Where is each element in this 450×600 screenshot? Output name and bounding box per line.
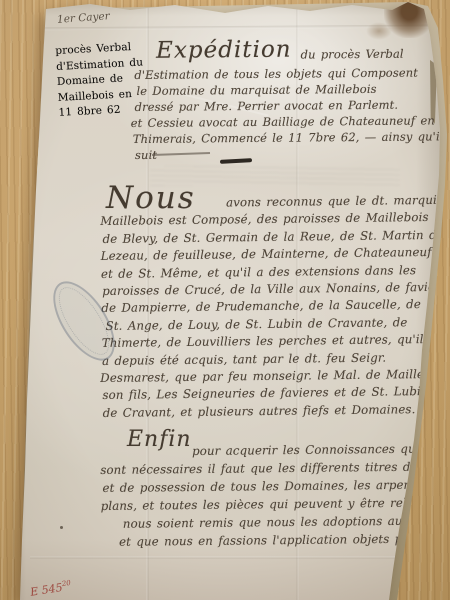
heading-big-word: Expédition <box>156 37 292 64</box>
cote-number: E 545 <box>29 581 63 599</box>
paragraph-1: avons reconnus que le dt. marquisat de M… <box>100 192 437 422</box>
torn-edge-fragment <box>0 32 24 66</box>
corner-note: 1er Cayer <box>57 10 110 26</box>
ink-dash <box>220 158 252 163</box>
photo-of-manuscript: 1er Cayer procès Verbal d'Estimation du … <box>0 0 450 600</box>
torn-edge-fragment <box>0 66 30 120</box>
heading-line: d'Estimation de tous les objets qui Comp… <box>134 64 436 83</box>
body-line: et que nous en fassions l'application ob… <box>119 529 435 550</box>
document-heading: Expédition du procès Verbal d'Estimation… <box>134 35 437 163</box>
cote-superscript: 20 <box>61 579 71 588</box>
horizontal-crease <box>30 556 400 559</box>
ink-dot <box>60 526 63 529</box>
manuscript-page: 1er Cayer procès Verbal d'Estimation du … <box>0 0 450 600</box>
paper-wrap: 1er Cayer procès Verbal d'Estimation du … <box>0 0 450 600</box>
body-line: de Cravant, et plusieurs autres fiefs et… <box>103 401 437 422</box>
torn-edge-fragment <box>0 120 40 198</box>
paragraph-2: pour acquerir les Connoissances qui nous… <box>100 440 435 551</box>
torn-edge-fragment <box>0 0 22 32</box>
heading-lines: d'Estimation de tous les objets qui Comp… <box>134 64 437 163</box>
heading-line: Thimerais, Commencé le 11 7bre 62, — ain… <box>133 128 437 147</box>
torn-edge-shadow <box>404 520 414 576</box>
heading-suffix: du procès Verbal <box>301 47 404 62</box>
heading-first-line: Expédition du procès Verbal <box>156 35 436 63</box>
archival-cote: E 54520 <box>29 579 72 599</box>
